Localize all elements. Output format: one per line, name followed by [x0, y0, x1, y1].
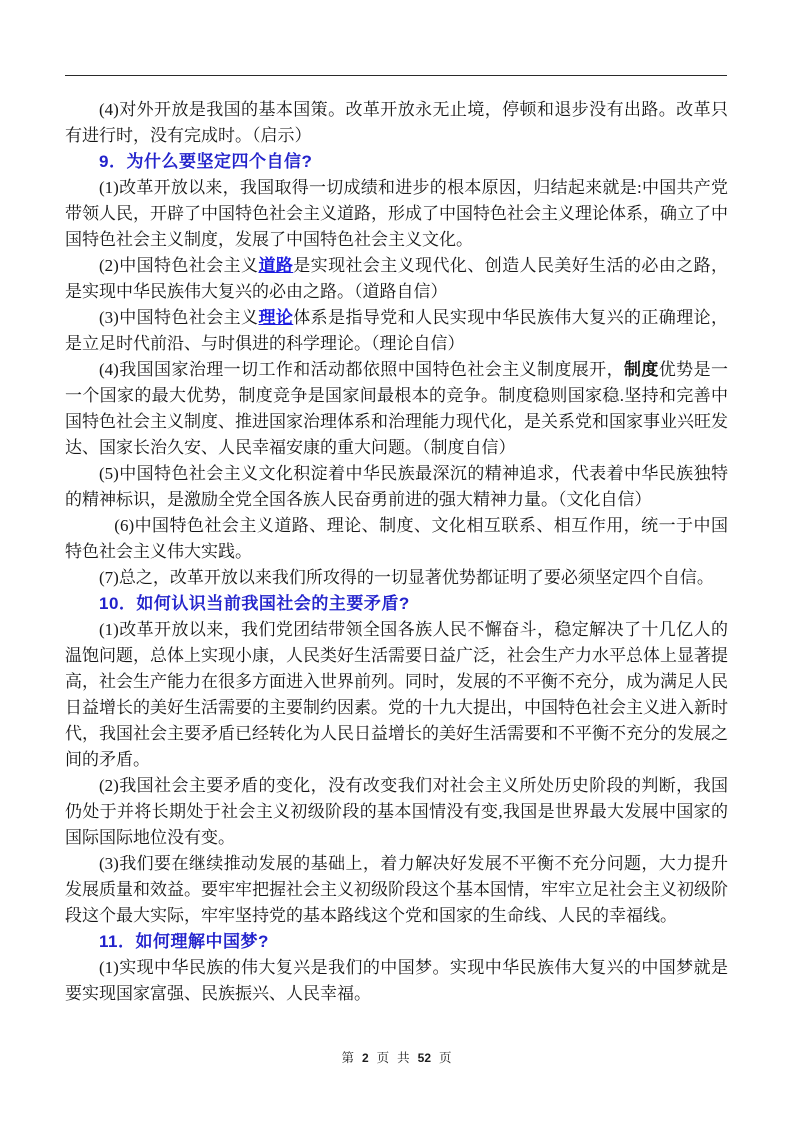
keyword-highlight: 理论 [258, 308, 293, 327]
page-footer: 第2页共52页 [0, 1048, 793, 1066]
page-number: 52 [418, 1051, 431, 1065]
keyword-highlight: 道路 [258, 256, 293, 275]
text-segment: (1)实现中华民族的伟大复兴是我们的中国梦。实现中华民族伟大复兴的中国梦就是要实… [65, 958, 728, 1003]
paragraph: (6)中国特色社会主义道路、理论、制度、文化相互联系、相互作用，统一于中国特色社… [65, 513, 728, 565]
paragraph: (1)实现中华民族的伟大复兴是我们的中国梦。实现中华民族伟大复兴的中国梦就是要实… [65, 955, 728, 1007]
text-segment: (7)总之，改革开放以来我们所攻得的一切显著优势都证明了要必须坚定四个自信。 [99, 568, 714, 587]
text-segment: (1)改革开放以来，我国取得一切成绩和进步的根本原因，归结起来就是:中国共产党带… [65, 178, 728, 249]
footer-label: 页 [377, 1051, 390, 1065]
footer-label: 第 [341, 1051, 354, 1065]
text-segment: (6)中国特色社会主义道路、理论、制度、文化相互联系、相互作用，统一于中国特色社… [65, 516, 728, 561]
paragraph: (7)总之，改革开放以来我们所攻得的一切显著优势都证明了要必须坚定四个自信。 [65, 565, 728, 591]
text-segment: (3)我们要在继续推动发展的基础上，着力解决好发展不平衡不充分问题，大力提升发展… [65, 854, 728, 925]
section-heading: 11．如何理解中国梦? [65, 929, 728, 955]
text-segment: (2)中国特色社会主义 [99, 256, 258, 275]
bold-term: 制度 [624, 360, 659, 379]
header-rule [65, 75, 727, 76]
text-segment: (1)改革开放以来，我们党团结带领全国各族人民不懈奋斗，稳定解决了十几亿人的温饱… [65, 620, 728, 769]
page-number: 2 [362, 1051, 369, 1065]
paragraph: (1)改革开放以来，我们党团结带领全国各族人民不懈奋斗，稳定解决了十几亿人的温饱… [65, 617, 728, 773]
section-heading: 9．为什么要坚定四个自信? [65, 149, 728, 175]
footer-label: 共 [397, 1051, 410, 1065]
text-segment: (2)我国社会主要矛盾的变化，没有改变我们对社会主义所处历史阶段的判断，我国仍处… [65, 776, 728, 847]
text-segment: (5)中国特色社会主义文化积淀着中华民族最深沉的精神追求，代表着中华民族独特的精… [65, 464, 728, 509]
text-segment: (3)中国特色社会主义 [99, 308, 258, 327]
paragraph: (4)我国国家治理一切工作和活动都依照中国特色社会主义制度展开，制度优势是一一个… [65, 357, 728, 461]
paragraph: (1)改革开放以来，我国取得一切成绩和进步的根本原因，归结起来就是:中国共产党带… [65, 175, 728, 253]
document-page: (4)对外开放是我国的基本国策。改革开放永无止境，停顿和退步没有出路。改革只有进… [0, 0, 793, 1122]
section-heading: 10．如何认识当前我国社会的主要矛盾? [65, 591, 728, 617]
text-segment: (4)我国国家治理一切工作和活动都依照中国特色社会主义制度展开， [99, 360, 624, 379]
text-segment: (4)对外开放是我国的基本国策。改革开放永无止境，停顿和退步没有出路。改革只有进… [65, 100, 728, 145]
paragraph: (4)对外开放是我国的基本国策。改革开放永无止境，停顿和退步没有出路。改革只有进… [65, 97, 728, 149]
footer-label: 页 [439, 1051, 452, 1065]
document-body: (4)对外开放是我国的基本国策。改革开放永无止境，停顿和退步没有出路。改革只有进… [65, 97, 728, 1007]
paragraph: (2)中国特色社会主义道路是实现社会主义现代化、创造人民美好生活的必由之路，是实… [65, 253, 728, 305]
paragraph: (5)中国特色社会主义文化积淀着中华民族最深沉的精神追求，代表着中华民族独特的精… [65, 461, 728, 513]
paragraph: (3)我们要在继续推动发展的基础上，着力解决好发展不平衡不充分问题，大力提升发展… [65, 851, 728, 929]
paragraph: (2)我国社会主要矛盾的变化，没有改变我们对社会主义所处历史阶段的判断，我国仍处… [65, 773, 728, 851]
paragraph: (3)中国特色社会主义理论体系是指导党和人民实现中华民族伟大复兴的正确理论，是立… [65, 305, 728, 357]
